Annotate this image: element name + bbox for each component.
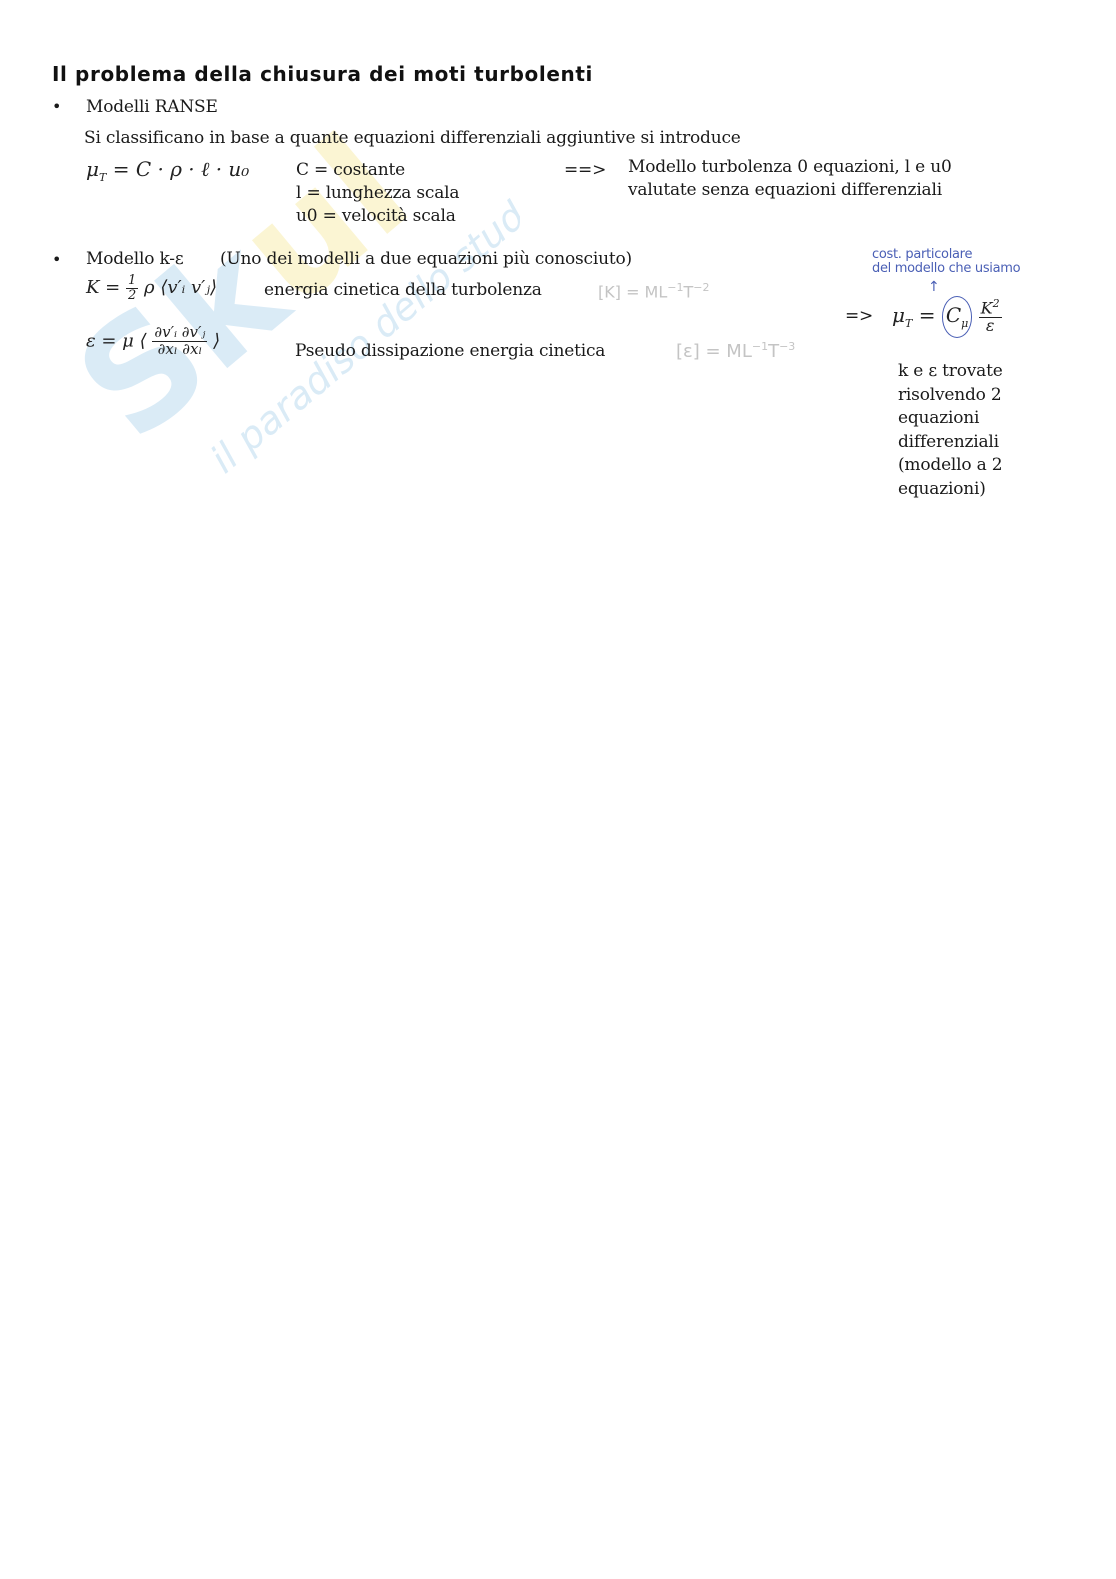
page-title: Il problema della chiusura dei moti turb… [52,62,593,86]
formula-epsilon: ε = μ ⟨ ∂v′ᵢ ∂v′ⱼ∂xₗ ∂xₗ ⟩ [86,325,220,358]
formula-rhs: = C · ρ · ℓ · u₀ [113,157,250,181]
result-fraction: K2ε [979,298,1002,335]
k-dimension: [K] = ML−1T−2 [598,281,710,301]
section-heading-note: (Uno dei modelli a due equazioni più con… [220,249,632,269]
section-heading-ranse: Modelli RANSE [86,97,218,117]
definition-l: l = lunghezza scala [296,183,459,203]
bullet: • [52,97,61,116]
bullet: • [52,250,61,269]
result-arrow: => [845,306,873,326]
k-description: energia cinetica della turbolenza [264,280,542,300]
conclusion-line-2: valutate senza equazioni differenziali [628,180,942,200]
circled-constant: Cμ [942,296,972,338]
side-note: k e ε trovate risolvendo 2 equazioni dif… [898,360,1048,501]
formula-mu-t-result: μT = Cμ K2ε [892,296,1002,338]
arrow-implies: ==> [564,160,606,180]
formula-k: K = 12 ρ ⟨v′ᵢ v′ⱼ⟩ [86,274,217,302]
formula-eps-lhs: ε = μ ⟨ [86,330,147,351]
formula-lhs-sub: T [99,171,106,184]
formula-k-lhs: K = [86,277,120,298]
formula-eps-rhs: ⟩ [213,330,220,351]
definition-u0: u0 = velocità scala [296,206,456,226]
eps-description: Pseudo dissipazione energia cinetica [295,341,605,361]
conclusion-line-1: Modello turbolenza 0 equazioni, l e u0 [628,157,952,177]
annotation-arrow-icon: ↑ [928,280,939,294]
section-heading-k-epsilon: Modello k-ε [86,249,183,269]
eps-dimension: [ε] = ML−1T−3 [676,340,795,362]
annotation-note: cost. particolare del modello che usiamo [872,248,1020,276]
formula-lhs: μ [86,157,99,181]
section-intro: Si classificano in base a quante equazio… [84,128,741,148]
formula-mu-t: μT = C · ρ · ℓ · u₀ [86,157,249,184]
definition-c: C = costante [296,160,405,180]
formula-k-fraction: 12 [126,274,138,302]
formula-eps-fraction: ∂v′ᵢ ∂v′ⱼ∂xₗ ∂xₗ [152,325,207,358]
formula-k-rhs: ρ ⟨v′ᵢ v′ⱼ⟩ [144,277,217,298]
